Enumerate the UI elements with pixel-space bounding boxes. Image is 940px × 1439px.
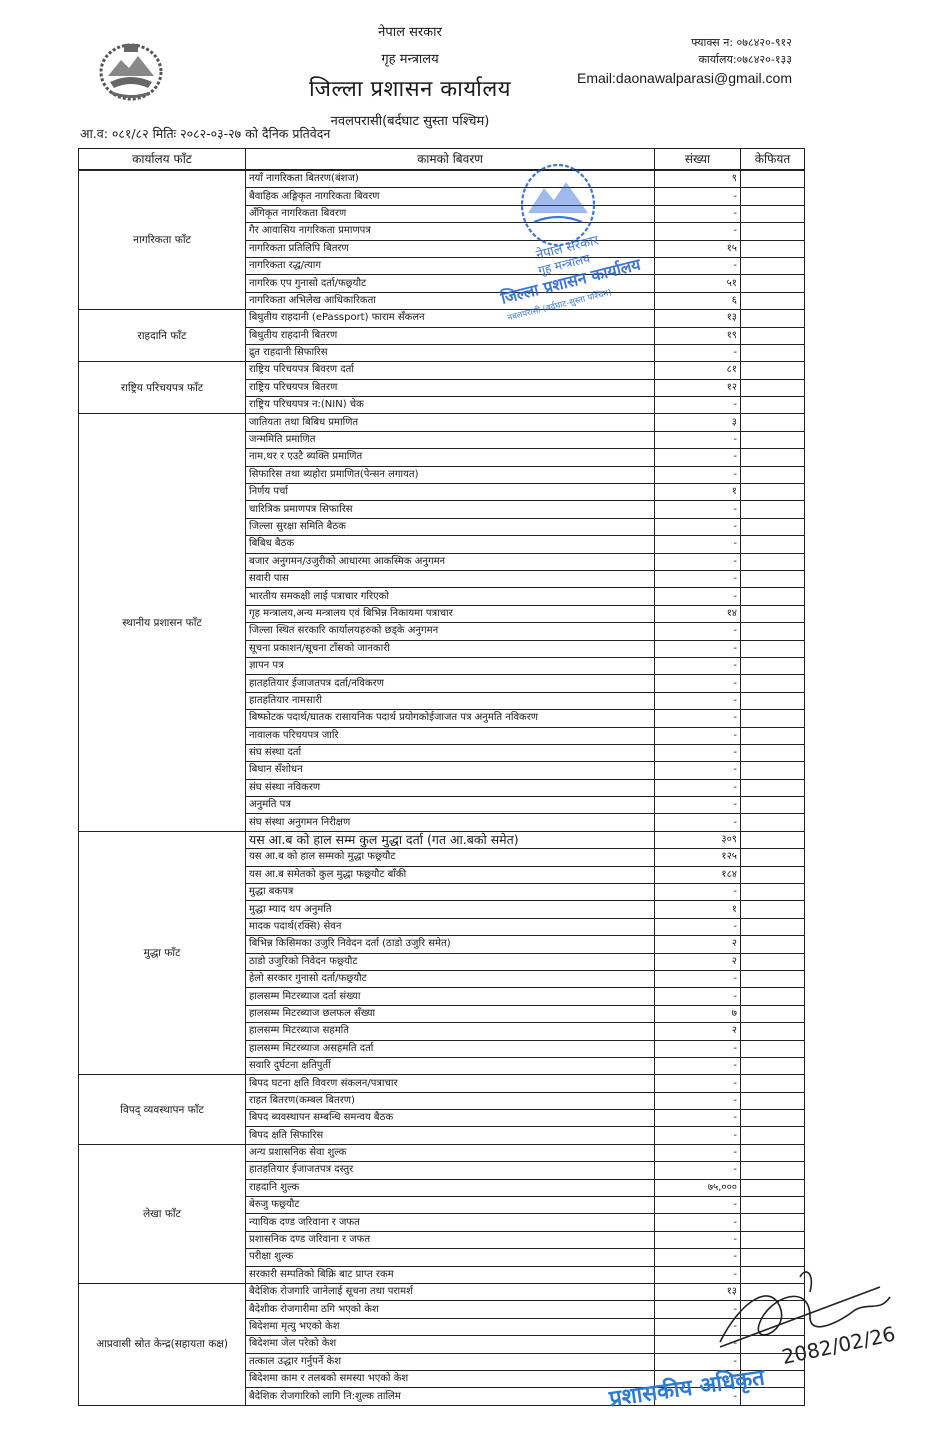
task-description: प्रशासनिक दण्ड जरिवाना र जफत bbox=[246, 1231, 655, 1248]
remarks-cell bbox=[741, 536, 805, 553]
section-name: आप्रवासी स्रोत केन्द्र(सहायता कक्ष) bbox=[79, 1284, 246, 1406]
remarks-cell bbox=[741, 449, 805, 466]
task-count: - bbox=[655, 1353, 741, 1370]
table-body: नागरिकता फाँटनयाँ नागरिकता बितरण(बंशज)९ब… bbox=[79, 170, 805, 1405]
task-description: जिल्ला सुरक्षा समिति बैठक bbox=[246, 518, 655, 535]
task-count: - bbox=[655, 1110, 741, 1127]
task-count: - bbox=[655, 344, 741, 361]
task-count: ७५,००० bbox=[655, 1179, 741, 1196]
task-count: - bbox=[655, 884, 741, 901]
section-name: लेखा फाँट bbox=[79, 1144, 246, 1283]
remarks-cell bbox=[741, 1092, 805, 1109]
fax-number: फ्याक्स न: ०७८४२०-९१२ bbox=[577, 34, 792, 51]
remarks-cell bbox=[741, 884, 805, 901]
task-count: ३०९ bbox=[655, 831, 741, 848]
remarks-cell bbox=[741, 484, 805, 501]
task-description: चारित्रिक प्रमाणपत्र सिफारिस bbox=[246, 501, 655, 518]
remarks-cell bbox=[741, 257, 805, 274]
task-count: - bbox=[655, 762, 741, 779]
task-description: भारतीय समकक्षी लाई पत्राचार गरिएको bbox=[246, 588, 655, 605]
task-count: १ bbox=[655, 484, 741, 501]
task-count: - bbox=[655, 657, 741, 674]
task-description: जातियता तथा बिबिध प्रमाणित bbox=[246, 414, 655, 431]
task-description: बिबिध बैठक bbox=[246, 536, 655, 553]
table-header-row: कार्यालय फाँट कामको बिवरण संख्या केफियत bbox=[79, 149, 805, 171]
task-description: अँगिकृत नागरिकता बिवरण bbox=[246, 205, 655, 222]
remarks-cell bbox=[741, 1127, 805, 1144]
task-count: - bbox=[655, 205, 741, 222]
task-count: - bbox=[655, 1388, 741, 1405]
ministry-name: गृह मन्त्रालय bbox=[290, 49, 530, 67]
task-description: बैदेशिक रोजगारिको लागि नि:शुल्क तालिम bbox=[246, 1388, 655, 1405]
column-header-count: संख्या bbox=[655, 149, 741, 171]
section-name: राष्ट्रिय परिचयपत्र फाँट bbox=[79, 362, 246, 414]
remarks-cell bbox=[741, 362, 805, 379]
task-count: - bbox=[655, 727, 741, 744]
task-description: हालसम्म मिटरब्याज दर्ता संख्या bbox=[246, 988, 655, 1005]
column-header-section: कार्यालय फाँट bbox=[79, 149, 246, 171]
task-description: यस आ.ब समेतको कुल मुद्धा फछ्र्यौट बाँकी bbox=[246, 866, 655, 883]
task-count: २ bbox=[655, 953, 741, 970]
task-count: - bbox=[655, 1057, 741, 1074]
task-count: २ bbox=[655, 936, 741, 953]
table-row: नागरिकता फाँटनयाँ नागरिकता बितरण(बंशज)९ bbox=[79, 170, 805, 188]
task-count: १३ bbox=[655, 310, 741, 327]
task-description: हालसम्म मिटरब्याज असहमति दर्ता bbox=[246, 1040, 655, 1057]
remarks-cell bbox=[741, 1336, 805, 1353]
remarks-cell bbox=[741, 188, 805, 205]
section-name: विपद् व्यवस्थापन फाँट bbox=[79, 1075, 246, 1145]
task-count: - bbox=[655, 675, 741, 692]
task-description: बिदेशमा जेल परेको केश bbox=[246, 1336, 655, 1353]
task-description: नागरिक एप गुनासो दर्ता/फछ्र्यौट bbox=[246, 275, 655, 292]
task-count: - bbox=[655, 257, 741, 274]
task-description: बेरुजु फछ्र्यौट bbox=[246, 1197, 655, 1214]
remarks-cell bbox=[741, 1353, 805, 1370]
column-header-remarks: केफियत bbox=[741, 149, 805, 171]
task-description: हातहतियार नामसारी bbox=[246, 692, 655, 709]
task-count: - bbox=[655, 536, 741, 553]
contact-block: फ्याक्स न: ०७८४२०-९१२ कार्यालय:०७८४२०-१३… bbox=[577, 34, 792, 87]
task-count: - bbox=[655, 814, 741, 831]
task-count: - bbox=[655, 518, 741, 535]
remarks-cell bbox=[741, 744, 805, 761]
task-description: मुद्धा म्याद थप अनुमति bbox=[246, 901, 655, 918]
daily-report-table: कार्यालय फाँट कामको बिवरण संख्या केफियत … bbox=[78, 148, 805, 1406]
remarks-cell bbox=[741, 397, 805, 414]
task-count: १४ bbox=[655, 605, 741, 622]
remarks-cell bbox=[741, 1266, 805, 1283]
section-name: राहदानि फाँट bbox=[79, 310, 246, 362]
task-description: निर्णय पर्चा bbox=[246, 484, 655, 501]
remarks-cell bbox=[741, 918, 805, 935]
task-description: सूचना प्रकाशन/सूचना टाँसको जानकारी bbox=[246, 640, 655, 657]
remarks-cell bbox=[741, 431, 805, 448]
remarks-cell bbox=[741, 675, 805, 692]
remarks-cell bbox=[741, 1249, 805, 1266]
task-description: हालसम्म मिटरब्याज छलफल सँख्या bbox=[246, 1005, 655, 1022]
remarks-cell bbox=[741, 205, 805, 222]
remarks-cell bbox=[741, 240, 805, 257]
task-count: - bbox=[655, 1092, 741, 1109]
task-description: हेलो सरकार गुनासो दर्ता/फछ्र्यौट bbox=[246, 970, 655, 987]
report-title: आ.व: ०८१/८२ मितिः २०८२-०३-२७ को दैनिक प्… bbox=[80, 125, 330, 142]
remarks-cell bbox=[741, 779, 805, 796]
remarks-cell bbox=[741, 727, 805, 744]
remarks-cell bbox=[741, 657, 805, 674]
task-description: सवारि दुर्घटना क्षतिपुर्ती bbox=[246, 1057, 655, 1074]
section-name: स्थानीय प्रशासन फाँट bbox=[79, 414, 246, 831]
task-description: नागरिकता रद्ध/त्याग bbox=[246, 257, 655, 274]
remarks-cell bbox=[741, 1231, 805, 1248]
remarks-cell bbox=[741, 692, 805, 709]
task-description: सरकारी सम्पतिको बिक्रि बाट प्राप्त रकम bbox=[246, 1266, 655, 1283]
task-description: बिपद घटना क्षति विवरण संकलन/पत्राचार bbox=[246, 1075, 655, 1092]
task-description: राहत बितरण(कम्बल बितरण) bbox=[246, 1092, 655, 1109]
office-phone: कार्यालय:०७८४२०-१३३ bbox=[577, 51, 792, 68]
email-address: Email:daonawalparasi@gmail.com bbox=[577, 70, 792, 87]
task-description: सिफारिस तथा ब्यहोरा प्रमाणित(पेन्सन लगाय… bbox=[246, 466, 655, 483]
task-description: बजार अनुगमन/उजुरीको आधारमा आकस्मिक अनुगम… bbox=[246, 553, 655, 570]
remarks-cell bbox=[741, 797, 805, 814]
remarks-cell bbox=[741, 310, 805, 327]
task-description: बिदेशमा काम र तलबको समस्या भएको केश bbox=[246, 1370, 655, 1387]
remarks-cell bbox=[741, 1318, 805, 1335]
task-description: नागरिकता अभिलेख आधिकारिकता bbox=[246, 292, 655, 309]
task-count: - bbox=[655, 623, 741, 640]
remarks-cell bbox=[741, 814, 805, 831]
task-count: २ bbox=[655, 1023, 741, 1040]
task-count: - bbox=[655, 970, 741, 987]
task-count: - bbox=[655, 640, 741, 657]
task-count: १२ bbox=[655, 379, 741, 396]
remarks-cell bbox=[741, 1144, 805, 1161]
remarks-cell bbox=[741, 762, 805, 779]
task-description: बैवाहिक अङ्गिकृत नागरिकता बिवरण bbox=[246, 188, 655, 205]
remarks-cell bbox=[741, 501, 805, 518]
remarks-cell bbox=[741, 988, 805, 1005]
remarks-cell bbox=[741, 170, 805, 188]
remarks-cell bbox=[741, 1162, 805, 1179]
task-count: - bbox=[655, 1075, 741, 1092]
task-description: ठाडो उजुरिको निवेदन फछ्र्यौट bbox=[246, 953, 655, 970]
remarks-cell bbox=[741, 1388, 805, 1405]
table-row: राहदानि फाँटबिधुतीय राहदानी (ePassport) … bbox=[79, 310, 805, 327]
task-description: सवारी पास bbox=[246, 570, 655, 587]
task-description: बैदेशिक रोजगारि जानेलाई सूचना तथा परामर्… bbox=[246, 1284, 655, 1301]
task-description: बिभिन्न किसिमका उजुरि निवेदन दर्ता (ठाडो… bbox=[246, 936, 655, 953]
section-name: मुद्धा फाँट bbox=[79, 831, 246, 1074]
remarks-cell bbox=[741, 518, 805, 535]
task-description: राहदानि शुल्क bbox=[246, 1179, 655, 1196]
task-description: हातहतियार ईजाजतपत्र दर्ता/नविकरण bbox=[246, 675, 655, 692]
task-count: - bbox=[655, 710, 741, 727]
task-count: - bbox=[655, 1214, 741, 1231]
remarks-cell bbox=[741, 936, 805, 953]
task-count: - bbox=[655, 1162, 741, 1179]
task-description: यस आ.ब को हाल सम्मको मुद्धा फछ्र्यौट bbox=[246, 849, 655, 866]
remarks-cell bbox=[741, 344, 805, 361]
remarks-cell bbox=[741, 605, 805, 622]
task-description: ज्ञापन पत्र bbox=[246, 657, 655, 674]
letterhead: नेपाल सरकार गृह मन्त्रालय जिल्ला प्रशासन… bbox=[290, 18, 530, 129]
nepal-emblem-icon bbox=[96, 38, 166, 102]
task-description: नागरिकता प्रतिलिपि बितरण bbox=[246, 240, 655, 257]
task-count: १९ bbox=[655, 327, 741, 344]
task-count: - bbox=[655, 779, 741, 796]
task-description: गैर आवासिय नागरिकता प्रमाणपत्र bbox=[246, 223, 655, 240]
task-count: १३ bbox=[655, 1284, 741, 1301]
remarks-cell bbox=[741, 1040, 805, 1057]
remarks-cell bbox=[741, 831, 805, 848]
task-description: संघ संस्था अनुगमन निरीक्षण bbox=[246, 814, 655, 831]
remarks-cell bbox=[741, 1197, 805, 1214]
task-description: न्यायिक दण्ड जरिवाना र जफत bbox=[246, 1214, 655, 1231]
remarks-cell bbox=[741, 1057, 805, 1074]
task-count: - bbox=[655, 1266, 741, 1283]
remarks-cell bbox=[741, 275, 805, 292]
remarks-cell bbox=[741, 849, 805, 866]
task-description: जन्ममिति प्रमाणित bbox=[246, 431, 655, 448]
task-count: - bbox=[655, 988, 741, 1005]
task-description: राष्ट्रिय परिचयपत्र बितरण bbox=[246, 379, 655, 396]
task-description: बिधुतीय राहदानी (ePassport) फाराम सँकलन bbox=[246, 310, 655, 327]
task-count: १२५ bbox=[655, 849, 741, 866]
section-name: नागरिकता फाँट bbox=[79, 170, 246, 310]
remarks-cell bbox=[741, 866, 805, 883]
task-description: द्रुत राहदानी सिफारिस bbox=[246, 344, 655, 361]
task-count: - bbox=[655, 553, 741, 570]
remarks-cell bbox=[741, 1075, 805, 1092]
task-count: - bbox=[655, 1231, 741, 1248]
task-count: ९ bbox=[655, 170, 741, 188]
task-count: ५१ bbox=[655, 275, 741, 292]
task-count: - bbox=[655, 588, 741, 605]
remarks-cell bbox=[741, 1284, 805, 1301]
task-description: तत्काल उद्धार गर्नुपर्ने केश bbox=[246, 1353, 655, 1370]
task-count: ३ bbox=[655, 414, 741, 431]
remarks-cell bbox=[741, 379, 805, 396]
task-count: - bbox=[655, 1127, 741, 1144]
remarks-cell bbox=[741, 466, 805, 483]
task-count: - bbox=[655, 1249, 741, 1266]
task-count: - bbox=[655, 1318, 741, 1335]
remarks-cell bbox=[741, 570, 805, 587]
remarks-cell bbox=[741, 1023, 805, 1040]
table-row: विपद् व्यवस्थापन फाँटबिपद घटना क्षति विव… bbox=[79, 1075, 805, 1092]
task-description: नाम,थर र एउटै ब्यक्ति प्रमाणित bbox=[246, 449, 655, 466]
task-description: गृह मन्त्रालय,अन्य मन्त्रालय एवं बिभिन्न… bbox=[246, 605, 655, 622]
task-count: - bbox=[655, 918, 741, 935]
task-description: संघ संस्था दर्ता bbox=[246, 744, 655, 761]
task-count: १५ bbox=[655, 240, 741, 257]
remarks-cell bbox=[741, 588, 805, 605]
task-count: - bbox=[655, 431, 741, 448]
task-description: बिपद ब्यवस्थापन सम्बन्धि समन्वय बैठक bbox=[246, 1110, 655, 1127]
task-description: अन्य प्रशासनिक सेवा शुल्क bbox=[246, 1144, 655, 1161]
remarks-cell bbox=[741, 1179, 805, 1196]
task-count: - bbox=[655, 692, 741, 709]
task-description: जिल्ला स्थित सरकारि कार्यालयहरुको छड्के … bbox=[246, 623, 655, 640]
task-description: परीक्षा शुल्क bbox=[246, 1249, 655, 1266]
task-description: अनुमति पत्र bbox=[246, 797, 655, 814]
remarks-cell bbox=[741, 553, 805, 570]
task-count: - bbox=[655, 449, 741, 466]
task-description: संघ संस्था नविकरण bbox=[246, 779, 655, 796]
task-count: - bbox=[655, 223, 741, 240]
task-count: ७ bbox=[655, 1005, 741, 1022]
remarks-cell bbox=[741, 623, 805, 640]
remarks-cell bbox=[741, 1110, 805, 1127]
task-count: - bbox=[655, 570, 741, 587]
task-description: यस आ.ब को हाल सम्म कुल मुद्धा दर्ता (गत … bbox=[246, 831, 655, 848]
task-description: बिधुतीय राहदानी बितरण bbox=[246, 327, 655, 344]
task-count: - bbox=[655, 1336, 741, 1353]
task-count: - bbox=[655, 1040, 741, 1057]
remarks-cell bbox=[741, 901, 805, 918]
task-count: - bbox=[655, 188, 741, 205]
table-row: आप्रवासी स्रोत केन्द्र(सहायता कक्ष)बैदेश… bbox=[79, 1284, 805, 1301]
task-description: बिपद क्षति सिफारिस bbox=[246, 1127, 655, 1144]
remarks-cell bbox=[741, 710, 805, 727]
remarks-cell bbox=[741, 640, 805, 657]
task-count: - bbox=[655, 397, 741, 414]
task-description: बिदेशमा मृत्यु भएको केश bbox=[246, 1318, 655, 1335]
remarks-cell bbox=[741, 1301, 805, 1318]
task-count: - bbox=[655, 501, 741, 518]
remarks-cell bbox=[741, 1005, 805, 1022]
task-description: मुद्धा बकपत्र bbox=[246, 884, 655, 901]
remarks-cell bbox=[741, 292, 805, 309]
remarks-cell bbox=[741, 970, 805, 987]
task-description: हालसम्म मिटरब्याज सहमति bbox=[246, 1023, 655, 1040]
office-name: जिल्ला प्रशासन कार्यालय bbox=[290, 73, 530, 103]
government-name: नेपाल सरकार bbox=[290, 22, 530, 40]
task-description: बिधान सँशोधन bbox=[246, 762, 655, 779]
task-description: बैदेशीक रोजगारीमा ठगि भएको केश bbox=[246, 1301, 655, 1318]
remarks-cell bbox=[741, 1214, 805, 1231]
task-count: १८४ bbox=[655, 866, 741, 883]
task-description: बिष्फोटक पदार्थ/घातक रासायनिक पदार्थ प्र… bbox=[246, 710, 655, 727]
task-description: राष्ट्रिय परिचयपत्र बिवरण दर्ता bbox=[246, 362, 655, 379]
task-description: हातहतियार ईजाजतपत्र दस्तुर bbox=[246, 1162, 655, 1179]
task-count: - bbox=[655, 1301, 741, 1318]
task-count: ८१ bbox=[655, 362, 741, 379]
task-description: नावालक परिचयपत्र जारि bbox=[246, 727, 655, 744]
table-row: राष्ट्रिय परिचयपत्र फाँटराष्ट्रिय परिचयप… bbox=[79, 362, 805, 379]
task-count: - bbox=[655, 1144, 741, 1161]
task-description: नयाँ नागरिकता बितरण(बंशज) bbox=[246, 170, 655, 188]
remarks-cell bbox=[741, 327, 805, 344]
task-count: - bbox=[655, 1197, 741, 1214]
remarks-cell bbox=[741, 1370, 805, 1387]
remarks-cell bbox=[741, 953, 805, 970]
task-count: १ bbox=[655, 901, 741, 918]
task-description: मादक पदार्थ(रक्सि) सेवन bbox=[246, 918, 655, 935]
task-description: राष्ट्रिय परिचयपत्र न:(NIN) चेक bbox=[246, 397, 655, 414]
table-row: स्थानीय प्रशासन फाँटजातियता तथा बिबिध प्… bbox=[79, 414, 805, 431]
table-row: मुद्धा फाँटयस आ.ब को हाल सम्म कुल मुद्धा… bbox=[79, 831, 805, 848]
table-row: लेखा फाँटअन्य प्रशासनिक सेवा शुल्क- bbox=[79, 1144, 805, 1161]
remarks-cell bbox=[741, 223, 805, 240]
task-count: - bbox=[655, 797, 741, 814]
column-header-description: कामको बिवरण bbox=[246, 149, 655, 171]
task-count: - bbox=[655, 1370, 741, 1387]
task-count: - bbox=[655, 466, 741, 483]
remarks-cell bbox=[741, 414, 805, 431]
task-count: - bbox=[655, 744, 741, 761]
task-count: ६ bbox=[655, 292, 741, 309]
